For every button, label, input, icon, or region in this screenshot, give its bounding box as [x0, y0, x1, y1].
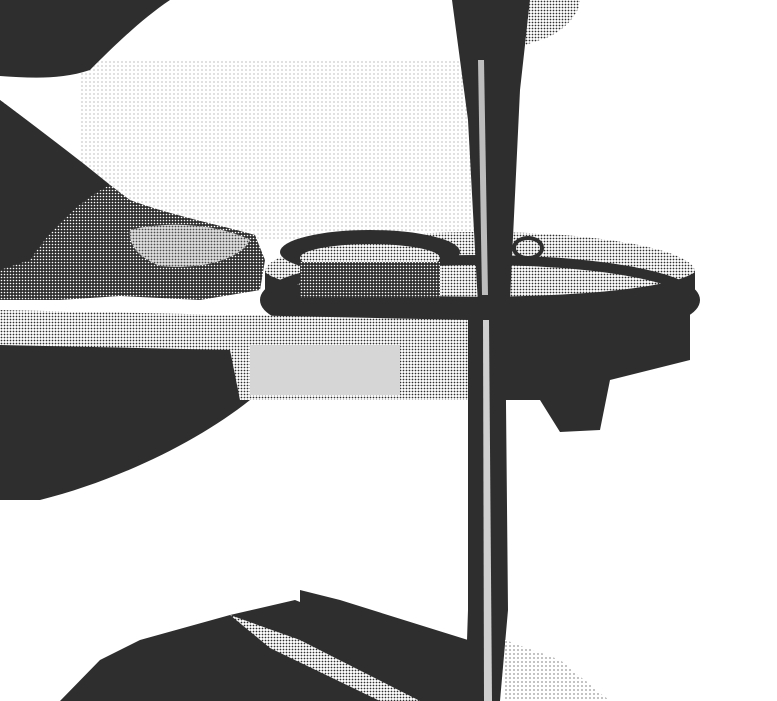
hub-body	[300, 262, 440, 298]
halftone-photograph	[0, 0, 777, 701]
part-lower-highlight	[250, 345, 400, 395]
